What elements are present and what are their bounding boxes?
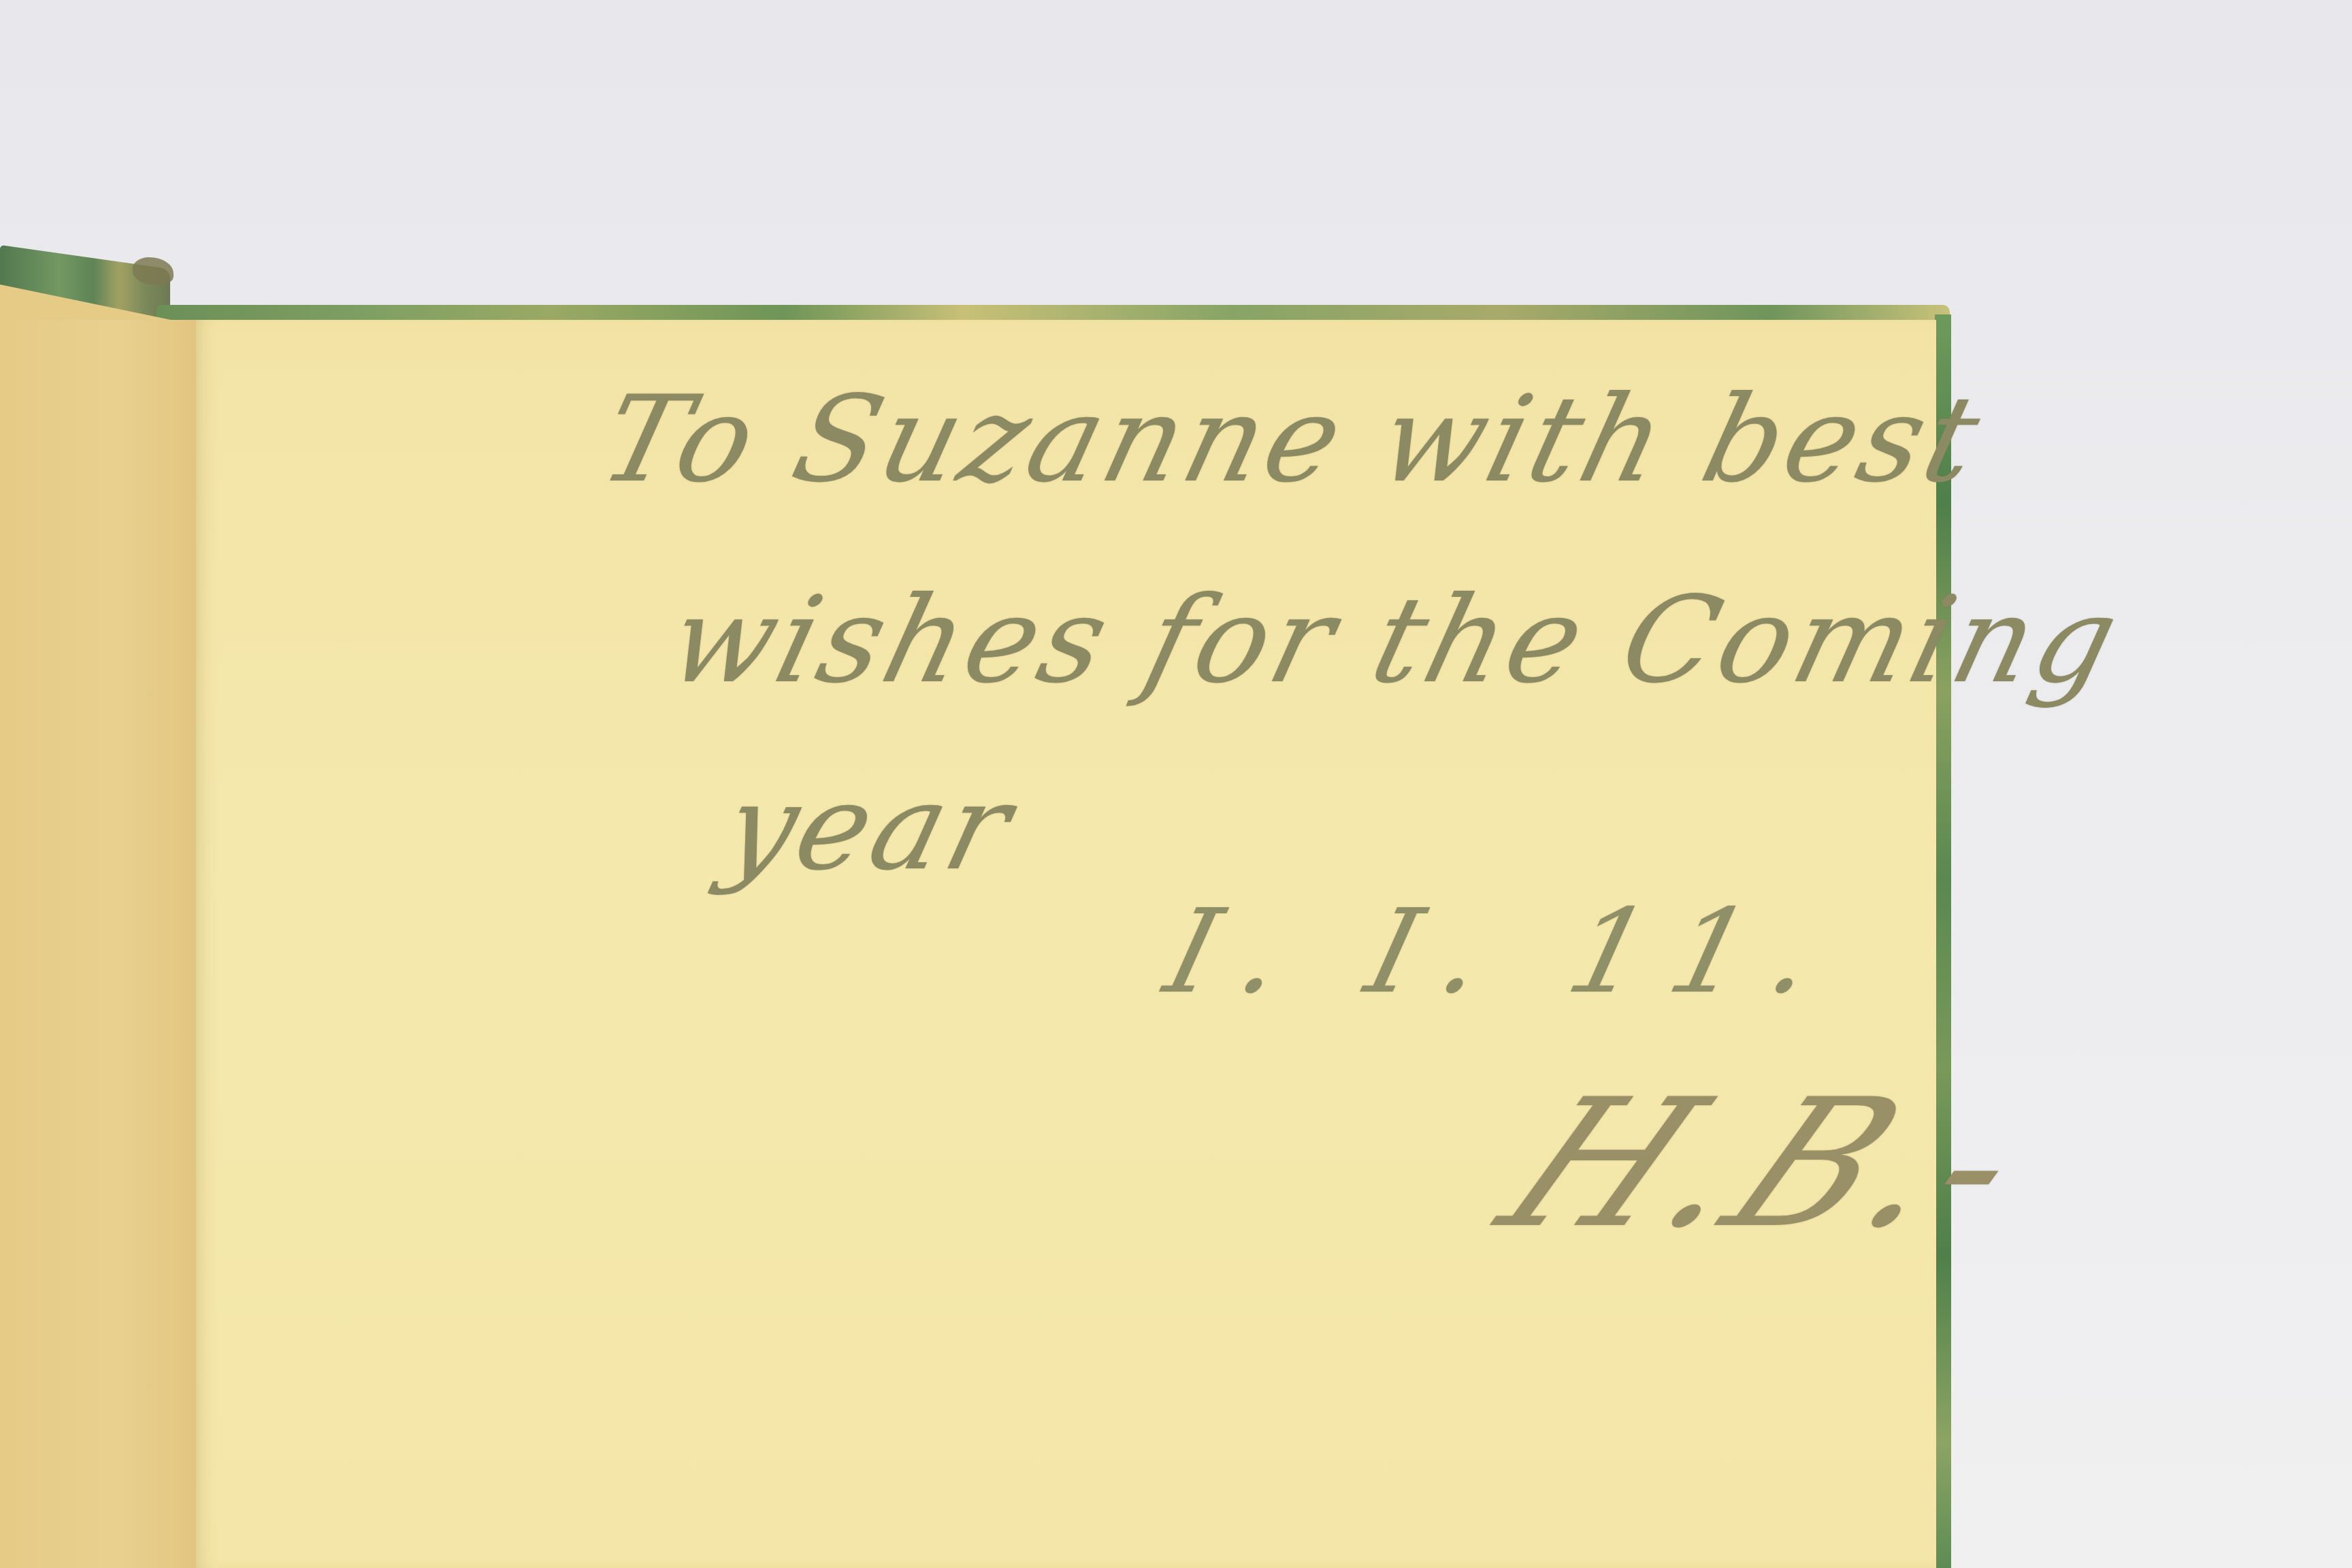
photo-scene: To Suzanne with best wishes for the Comi… (0, 0, 2352, 1568)
inscription-line-1: To Suzanne with best (589, 371, 1997, 509)
book-cover-top-edge (157, 305, 1950, 321)
inscription-date: I. I. 11. (1154, 885, 1855, 1019)
inscription-line-3: year (711, 759, 1028, 897)
inscription-line-2: wishes for the Coming (657, 572, 2134, 710)
frayed-headband (133, 257, 174, 284)
left-flyleaf (0, 320, 197, 1568)
